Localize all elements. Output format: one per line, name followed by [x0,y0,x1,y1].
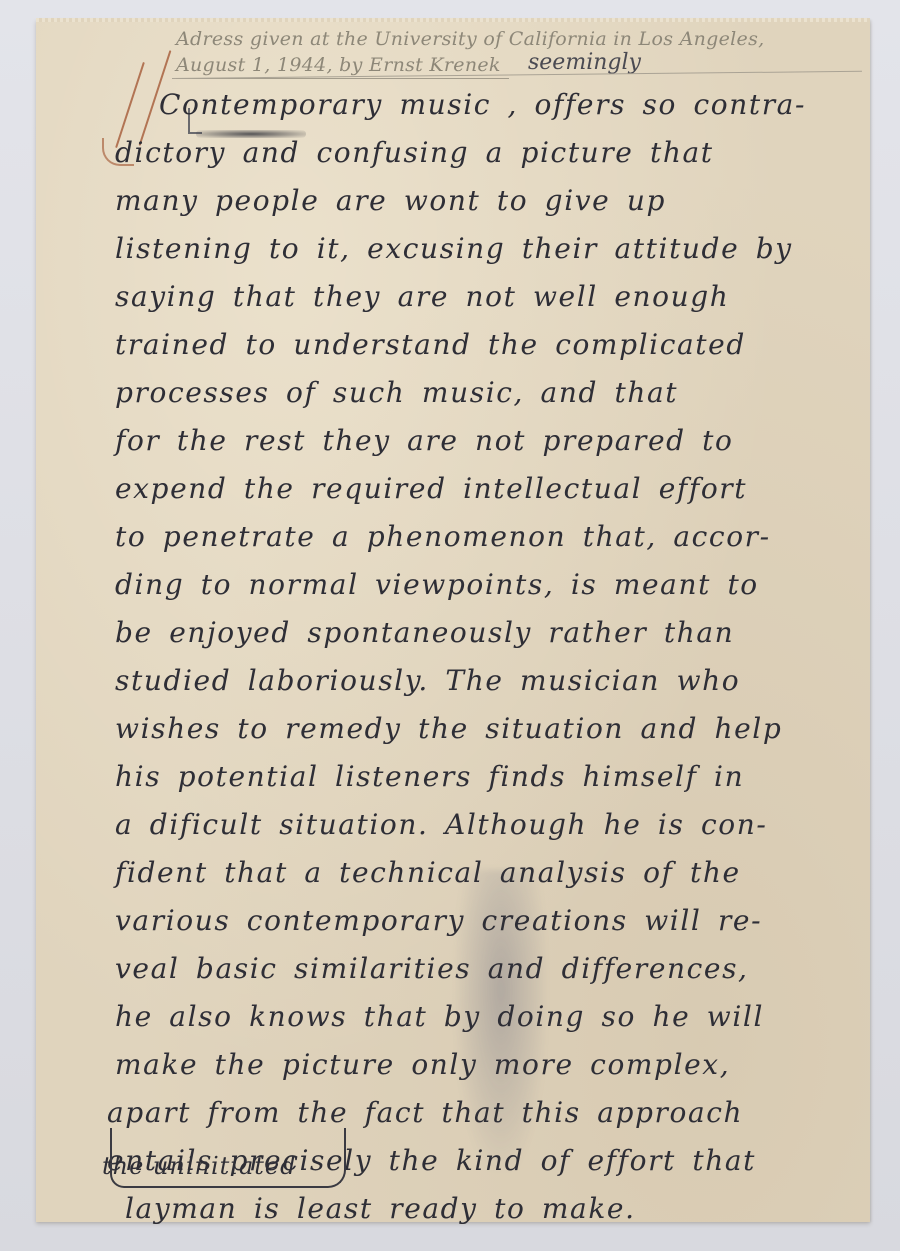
inserted-word: seemingly [528,50,641,75]
text-line: apart from the fact that this approach [107,1096,743,1129]
text-line: his potential listeners finds himself in [115,760,744,793]
text-line: processes of such music, and that [115,376,678,409]
text-line: listening to it, excusing their attitude… [115,232,793,265]
text-line: be enjoyed spontaneously rather than [115,616,734,649]
text-line: for the rest they are not prepared to [115,424,734,457]
text-line: trained to understand the complicated [115,328,746,361]
text-line: make the picture only more complex, [115,1048,730,1081]
text-line: many people are wont to give up [115,184,666,217]
text-line: veal basic similarities and differences, [115,952,749,985]
text-line: various contemporary creations will re- [115,904,762,937]
text-line: a dificult situation. Although he is con… [115,808,767,841]
text-line: ding to normal viewpoints, is meant to [115,568,759,601]
text-line: dictory and confusing a picture that [115,136,714,169]
text-line: fident that a technical analysis of the [115,856,741,889]
manuscript-page: Adress given at the University of Califo… [36,20,870,1222]
text-line: expend the required intellectual effort [115,472,747,505]
text-line: wishes to remedy the situation and help [115,712,782,745]
text-line: Contemporary music , offers so contra- [159,88,806,121]
marginal-note: the uninitiated [102,1152,297,1180]
pencil-header-note: Adress given at the University of Califo… [176,26,764,79]
text-line: studied laboriously. The musician who [115,664,740,697]
text-line: to penetrate a phenomenon that, accor- [115,520,771,553]
pencil-header-line-1: Adress given at the University of Califo… [176,26,764,52]
text-line: he also knows that by doing so he will [115,1000,764,1033]
text-line: saying that they are not well enough [115,280,729,313]
text-line: layman is least ready to make. [125,1192,636,1225]
